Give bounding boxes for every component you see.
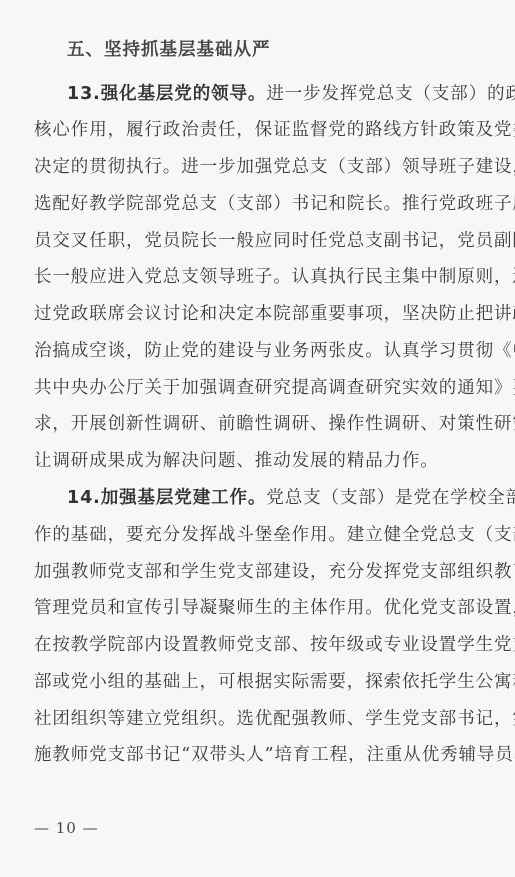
text-line: 让调研成果成为解决问题、推动发展的精品力作。	[34, 450, 484, 472]
text-line: 长一般应进入党总支领导班子。认真执行民主集中制原则，通	[34, 266, 484, 288]
text-line: 在按教学院部内设置教师党支部、按年级或专业设置学生党支	[34, 634, 484, 656]
paragraph-13-line-1: 13.强化基层党的领导。进一步发挥党总支（支部）的政治	[67, 83, 484, 105]
text-line: 作的基础，要充分发挥战斗堡垒作用。建立健全党总支（支部），	[34, 524, 484, 546]
item-number: 13.	[67, 84, 101, 104]
text-line: 求，开展创新性调研、前瞻性调研、操作性调研、对策性研究，	[34, 413, 484, 435]
text-line: 员交叉任职，党员院长一般应同时任党总支副书记，党员副院	[34, 230, 484, 252]
text-line: 治搞成空谈，防止党的建设与业务两张皮。认真学习贯彻《中	[34, 340, 484, 362]
text-line: 决定的贯彻执行。进一步加强党总支（支部）领导班子建设，	[34, 156, 484, 178]
item-title: 强化基层党的领导。	[101, 84, 267, 104]
text-line: 管理党员和宣传引导凝聚师生的主体作用。优化党支部设置，	[34, 597, 484, 619]
paragraph-14-line-1: 14.加强基层党建工作。党总支（支部）是党在学校全部工	[67, 487, 484, 509]
section-heading: 五、坚持抓基层基础从严	[67, 39, 271, 61]
text-line: 施教师党支部书记“双带头人”培育工程，注重从优秀辅导员、	[34, 744, 484, 766]
text-line: 共中央办公厅关于加强调查研究提高调查研究实效的通知》要	[34, 377, 484, 399]
page-number: — 10 —	[34, 817, 99, 839]
text-line: 过党政联席会议讨论和决定本院部重要事项，坚决防止把讲政	[34, 303, 484, 325]
text-line: 选配好教学院部党总支（支部）书记和院长。推行党政班子成	[34, 193, 484, 215]
text-segment: 党总支（支部）是党在学校全部工	[266, 488, 515, 508]
text-line: 社团组织等建立党组织。选优配强教师、学生党支部书记，实	[34, 708, 484, 730]
text-segment: 进一步发挥党总支（支部）的政治	[266, 84, 515, 104]
text-line: 加强教师党支部和学生党支部建设，充分发挥党支部组织教育	[34, 561, 484, 583]
text-line: 部或党小组的基础上，可根据实际需要，探索依托学生公寓和	[34, 671, 484, 693]
item-number: 14.	[67, 488, 101, 508]
text-line: 核心作用，履行政治责任，保证监督党的路线方针政策及党委	[34, 119, 484, 141]
document-page: 五、坚持抓基层基础从严 13.强化基层党的领导。进一步发挥党总支（支部）的政治 …	[0, 0, 515, 877]
item-title: 加强基层党建工作。	[101, 488, 267, 508]
